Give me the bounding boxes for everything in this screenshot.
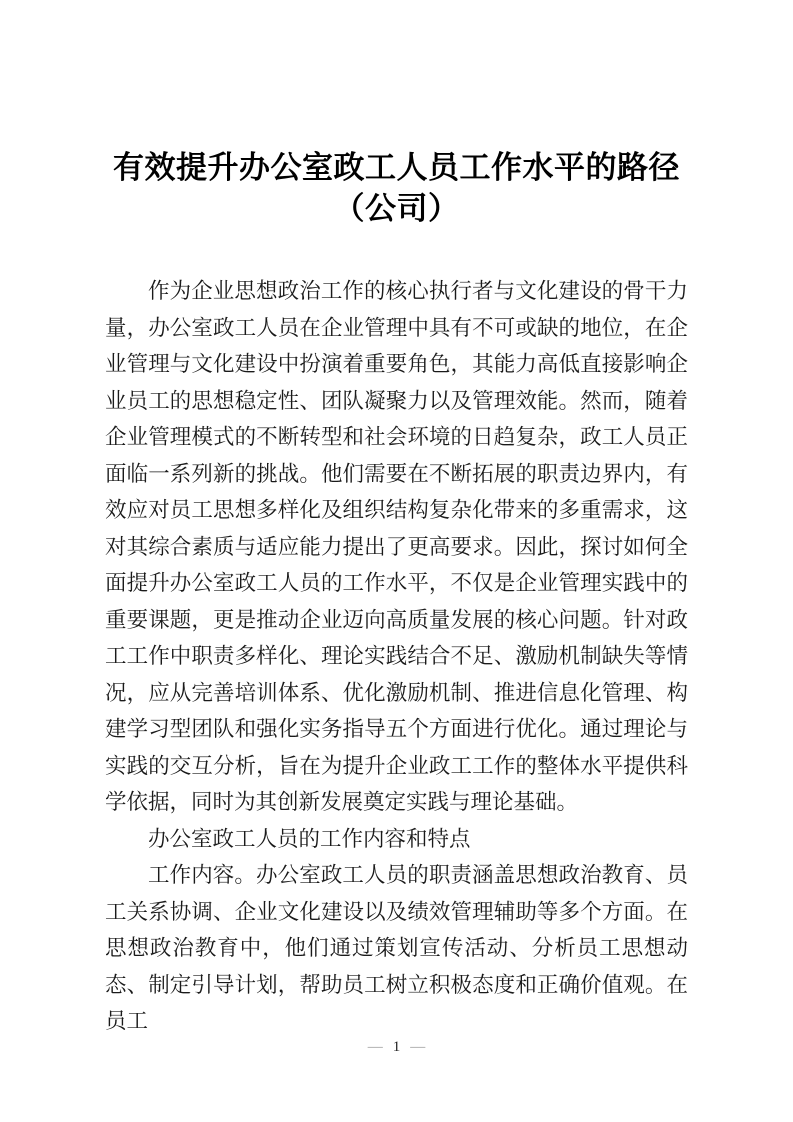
document-body: 作为企业思想政治工作的核心执行者与文化建设的骨干力量，办公室政工人员在企业管理中…: [105, 273, 688, 1040]
paragraph-intro: 作为企业思想政治工作的核心执行者与文化建设的骨干力量，办公室政工人员在企业管理中…: [105, 273, 688, 821]
paragraph-work-content: 工作内容。办公室政工人员的职责涵盖思想政治教育、员工关系协调、企业文化建设以及绩…: [105, 857, 688, 1040]
document-content: 有效提升办公室政工人员工作水平的路径 （公司） 作为企业思想政治工作的核心执行者…: [105, 147, 688, 1040]
footer-dash-left: —: [368, 1039, 383, 1055]
title-line-2: （公司）: [105, 188, 688, 229]
title-line-1: 有效提升办公室政工人员工作水平的路径: [105, 147, 688, 188]
document-page: 有效提升办公室政工人员工作水平的路径 （公司） 作为企业思想政治工作的核心执行者…: [0, 0, 793, 1122]
section-heading-work-content-and-features: 办公室政工人员的工作内容和特点: [105, 821, 688, 858]
footer-dash-right: —: [410, 1039, 425, 1055]
page-number: 1: [393, 1039, 401, 1055]
page-footer: —1—: [0, 1037, 793, 1057]
document-title: 有效提升办公室政工人员工作水平的路径 （公司）: [105, 147, 688, 229]
